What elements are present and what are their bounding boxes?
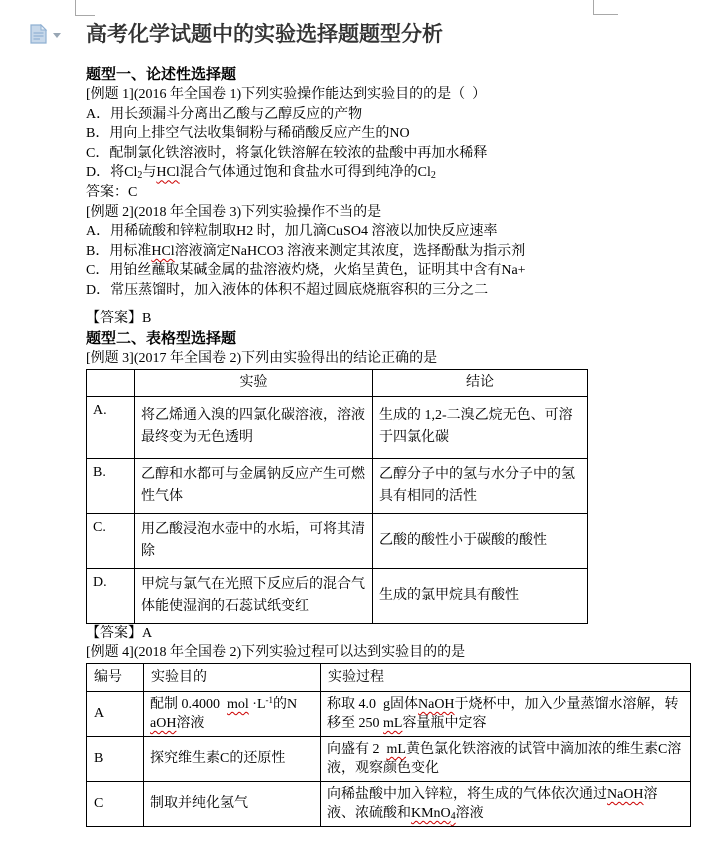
table-row: B 探究维生素C的还原性 向盛有 2 mL黄色氯化铁溶液的试管中滴加浓的维生素C… bbox=[87, 736, 691, 781]
purpose-cell: 探究维生素C的还原性 bbox=[144, 736, 321, 781]
table-row: B. 乙醇和水都可与金属钠反应产生可燃性气体 乙醇分子中的氢与水分子中的氢具有相… bbox=[87, 458, 588, 513]
question2-option-b: B．用标准HCl溶液滴定NaHCO3 溶液来测定其浓度，选择酚酞为指示剂 bbox=[86, 242, 671, 262]
question1-option-b: B．用向上排空气法收集铜粉与稀硝酸反应产生的NO bbox=[86, 124, 671, 144]
table-row: C. 用乙酸浸泡水壶中的水垢，可将其清除 乙酸的酸性小于碳酸的酸性 bbox=[87, 513, 588, 568]
purpose-cell: 配制 0.4000 mol ·L-1的NaOH溶液 bbox=[144, 691, 321, 736]
question2-option-c: C．用铂丝蘸取某碱金属的盐溶液灼烧，火焰呈黄色，证明其中含有Na+ bbox=[86, 261, 671, 281]
column-header-conclusion: 结论 bbox=[373, 369, 588, 396]
conclusion-cell: 生成的 1,2-二溴乙烷无色、可溶于四氯化碳 bbox=[373, 396, 588, 458]
question1-option-c: C．配制氯化铁溶液时，将氯化铁溶解在较浓的盐酸中再加水稀释 bbox=[86, 144, 671, 164]
row-label-cell: C bbox=[87, 781, 144, 826]
page-corner-mark-left bbox=[75, 0, 95, 16]
column-header-blank bbox=[87, 369, 135, 396]
table-header-row: 实验 结论 bbox=[87, 369, 588, 396]
purpose-cell: 制取并纯化氢气 bbox=[144, 781, 321, 826]
question3-stem: [例题 3](2017 年全国卷 2)下列由实验得出的结论正确的是 bbox=[86, 349, 671, 369]
process-cell: 向盛有 2 mL黄色氯化铁溶液的试管中滴加浓的维生素C溶液，观察颜色变化 bbox=[321, 736, 691, 781]
question2-option-d: D．常压蒸馏时，加入液体的体积不超过圆底烧瓶容积的三分之二 bbox=[86, 281, 671, 301]
question1-answer: 答案：C bbox=[86, 183, 671, 203]
page-title: 高考化学试题中的实验选择题题型分析 bbox=[86, 22, 698, 48]
question3-answer: 【答案】A bbox=[86, 624, 671, 644]
question1-option-a: A．用长颈漏斗分离出乙酸与乙醇反应的产物 bbox=[86, 105, 671, 125]
conclusion-cell: 生成的氯甲烷具有酸性 bbox=[373, 568, 588, 623]
question2-stem: [例题 2](2018 年全国卷 3)下列实验操作不当的是 bbox=[86, 203, 671, 223]
section2-heading: 题型二、表格型选择题 bbox=[86, 329, 698, 349]
row-label-cell: A. bbox=[87, 396, 135, 458]
process-cell: 称取 4.0 g固体NaOH于烧杯中，加入少量蒸馏水溶解，转移至 250 mL容… bbox=[321, 691, 691, 736]
experiment-conclusion-table: 实验 结论 A. 将乙烯通入溴的四氯化碳溶液，溶液最终变为无色透明 生成的 1,… bbox=[86, 369, 588, 624]
document-icon bbox=[29, 24, 48, 44]
question1-stem: [例题 1](2016 年全国卷 1)下列实验操作能达到实验目的的是（ ） bbox=[86, 85, 671, 105]
table-row: D. 甲烷与氯气在光照下反应后的混合气体能使湿润的石蕊试纸变红 生成的氯甲烷具有… bbox=[87, 568, 588, 623]
process-cell: 向稀盐酸中加入锌粒，将生成的气体依次通过NaOH溶液、浓硫酸和KMnO4溶液 bbox=[321, 781, 691, 826]
table-row: C 制取并纯化氢气 向稀盐酸中加入锌粒，将生成的气体依次通过NaOH溶液、浓硫酸… bbox=[87, 781, 691, 826]
experiment-cell: 乙醇和水都可与金属钠反应产生可燃性气体 bbox=[135, 458, 373, 513]
table-header-row: 编号 实验目的 实验过程 bbox=[87, 663, 691, 691]
row-label-cell: A bbox=[87, 691, 144, 736]
table-row: A. 将乙烯通入溴的四氯化碳溶液，溶液最终变为无色透明 生成的 1,2-二溴乙烷… bbox=[87, 396, 588, 458]
experiment-cell: 甲烷与氯气在光照下反应后的混合气体能使湿润的石蕊试纸变红 bbox=[135, 568, 373, 623]
experiment-cell: 用乙酸浸泡水壶中的水垢，可将其清除 bbox=[135, 513, 373, 568]
page-corner-mark-right bbox=[593, 0, 618, 15]
document-body: 高考化学试题中的实验选择题题型分析 题型一、论述性选择题 [例题 1](2016… bbox=[86, 22, 698, 827]
table-row: A 配制 0.4000 mol ·L-1的NaOH溶液 称取 4.0 g固体Na… bbox=[87, 691, 691, 736]
column-header-process: 实验过程 bbox=[321, 663, 691, 691]
question2-option-a: A．用稀硫酸和锌粒制取H2 时，加几滴CuSO4 溶液以加快反应速率 bbox=[86, 222, 671, 242]
column-header-experiment: 实验 bbox=[135, 369, 373, 396]
row-label-cell: C. bbox=[87, 513, 135, 568]
column-header-number: 编号 bbox=[87, 663, 144, 691]
question2-answer: 【答案】B bbox=[86, 309, 671, 329]
row-label-cell: D. bbox=[87, 568, 135, 623]
chevron-down-icon bbox=[53, 33, 61, 38]
question4-stem: [例题 4](2018 年全国卷 2)下列实验过程可以达到实验目的的是 bbox=[86, 643, 671, 663]
column-header-purpose: 实验目的 bbox=[144, 663, 321, 691]
experiment-cell: 将乙烯通入溴的四氯化碳溶液，溶液最终变为无色透明 bbox=[135, 396, 373, 458]
row-label-cell: B bbox=[87, 736, 144, 781]
purpose-process-table: 编号 实验目的 实验过程 A 配制 0.4000 mol ·L-1的NaOH溶液… bbox=[86, 663, 691, 827]
conclusion-cell: 乙酸的酸性小于碳酸的酸性 bbox=[373, 513, 588, 568]
conclusion-cell: 乙醇分子中的氢与水分子中的氢具有相同的活性 bbox=[373, 458, 588, 513]
question1-option-d: D．将Cl2与HCl混合气体通过饱和食盐水可得到纯净的Cl2 bbox=[86, 163, 671, 183]
document-options-button[interactable] bbox=[29, 24, 61, 44]
row-label-cell: B. bbox=[87, 458, 135, 513]
section1-heading: 题型一、论述性选择题 bbox=[86, 65, 698, 85]
